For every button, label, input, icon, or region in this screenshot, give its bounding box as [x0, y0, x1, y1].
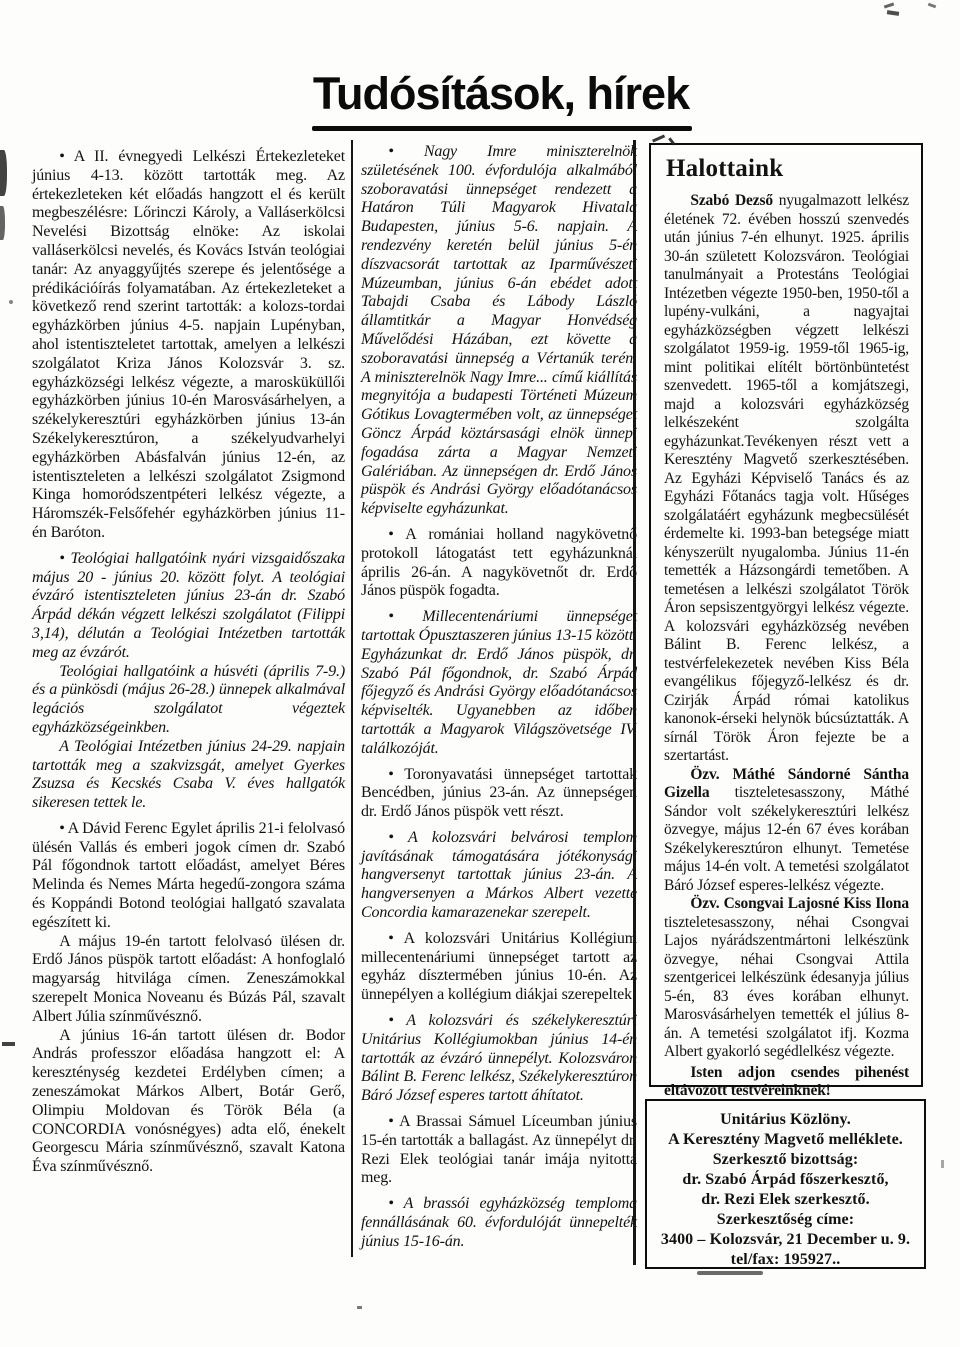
- paragraph: A június 16-án tartott ülésen dr. Bodor …: [32, 1027, 345, 1177]
- obituaries-box: Halottaink Szabó Dezső nyugalmazott lelk…: [649, 143, 923, 1087]
- paragraph: A május 19-én tartott felolvasó ülésen d…: [32, 933, 345, 1027]
- scan-artifact: [0, 206, 5, 240]
- imprint-line: 3400 – Kolozsvár, 21 December u. 9.: [647, 1230, 924, 1250]
- column-middle: • Nagy Imre miniszterelnök születésének …: [361, 143, 637, 1252]
- paragraph: • A Brassai Sámuel Líceumban június 15-é…: [361, 1113, 637, 1188]
- paragraph: • Toronyavatási ünnepséget tartottak Ben…: [361, 766, 637, 822]
- imprint-line: Szerkesztő bizottság:: [647, 1150, 924, 1170]
- obituary-text: nyugalmazott lelkész életének 72. évében…: [664, 192, 909, 764]
- column-divider: [633, 140, 636, 1265]
- imprint-line: Unitárius Közlöny.: [647, 1110, 924, 1130]
- obituary: Szabó Dezső nyugalmazott lelkész életéne…: [664, 192, 909, 766]
- scan-artifact: [941, 1160, 944, 1168]
- page-title: Tudósítások, hírek: [296, 68, 706, 120]
- imprint-line: dr. Szabó Árpád főszerkesztő,: [647, 1170, 924, 1190]
- scanned-newsletter-page: Tudósítások, hírek • A II. évnegyedi Lel…: [0, 0, 960, 1347]
- scan-artifact: [9, 300, 13, 304]
- paragraph: • A romániai holland nagykövetnő protoko…: [361, 526, 637, 601]
- obituary-name: Szabó Dezső: [690, 192, 773, 209]
- scan-artifact: [0, 150, 7, 196]
- paragraph: • A II. évnegyedi Lelkészi Értekezleteke…: [32, 148, 345, 543]
- scan-artifact: [697, 1271, 763, 1275]
- paragraph: • A kolozsvári és székelykeresztúri Unit…: [361, 1012, 637, 1106]
- paragraph: Teológiai hallgatóink a húsvéti (április…: [32, 663, 345, 738]
- paragraph: • Millecentenáriumi ünnepséget tartottak…: [361, 608, 637, 758]
- scan-artifact: [928, 3, 937, 9]
- scan-artifact: [357, 1306, 362, 1309]
- paragraph: • A brassói egyházközség temploma fennál…: [361, 1195, 637, 1251]
- imprint-line: dr. Rezi Elek szerkesztő.: [647, 1190, 924, 1210]
- paragraph: • Nagy Imre miniszterelnök születésének …: [361, 143, 637, 519]
- paragraph: • Teológiai hallgatóink nyári vizsgaidős…: [32, 550, 345, 663]
- paragraph: • A kolozsvári belvárosi templom javítás…: [361, 829, 637, 923]
- scan-artifact: [652, 134, 665, 142]
- paragraph: A Teológiai Intézetben június 24-29. nap…: [32, 738, 345, 813]
- paragraph: • A Dávid Ferenc Egylet április 21-i fel…: [32, 820, 345, 933]
- column-left: • A II. évnegyedi Lelkészi Értekezleteke…: [32, 148, 345, 1177]
- scan-artifact: [887, 10, 899, 16]
- column-divider: [351, 140, 353, 1257]
- title-underline: [312, 126, 692, 131]
- paragraph: • A kolozsvári Unitárius Kollégium mille…: [361, 930, 637, 1005]
- obituaries-closing: Isten adjon csendes pihenést eltávozott …: [664, 1064, 909, 1101]
- obituaries-heading: Halottaink: [666, 155, 909, 183]
- obituary: Özv. Csongvai Lajosné Kiss Ilona tisztel…: [664, 895, 909, 1062]
- scan-artifact: [884, 3, 894, 9]
- scan-artifact: [2, 1042, 15, 1046]
- imprint-line: A Keresztény Magvető melléklete.: [647, 1130, 924, 1150]
- obituary-name: Özv. Csongvai Lajosné Kiss Ilona: [690, 895, 909, 912]
- obituary: Özv. Máthé Sándorné Sántha Gizella tiszt…: [664, 766, 909, 896]
- imprint-line: tel/fax: 195927..: [647, 1250, 924, 1270]
- obituary-text: tiszteletesasszony, néhai Csongvai Lajos…: [664, 914, 909, 1061]
- imprint-line: Szerkesztőség címe:: [647, 1210, 924, 1230]
- imprint-box: Unitárius Közlöny. A Keresztény Magvető …: [645, 1099, 926, 1269]
